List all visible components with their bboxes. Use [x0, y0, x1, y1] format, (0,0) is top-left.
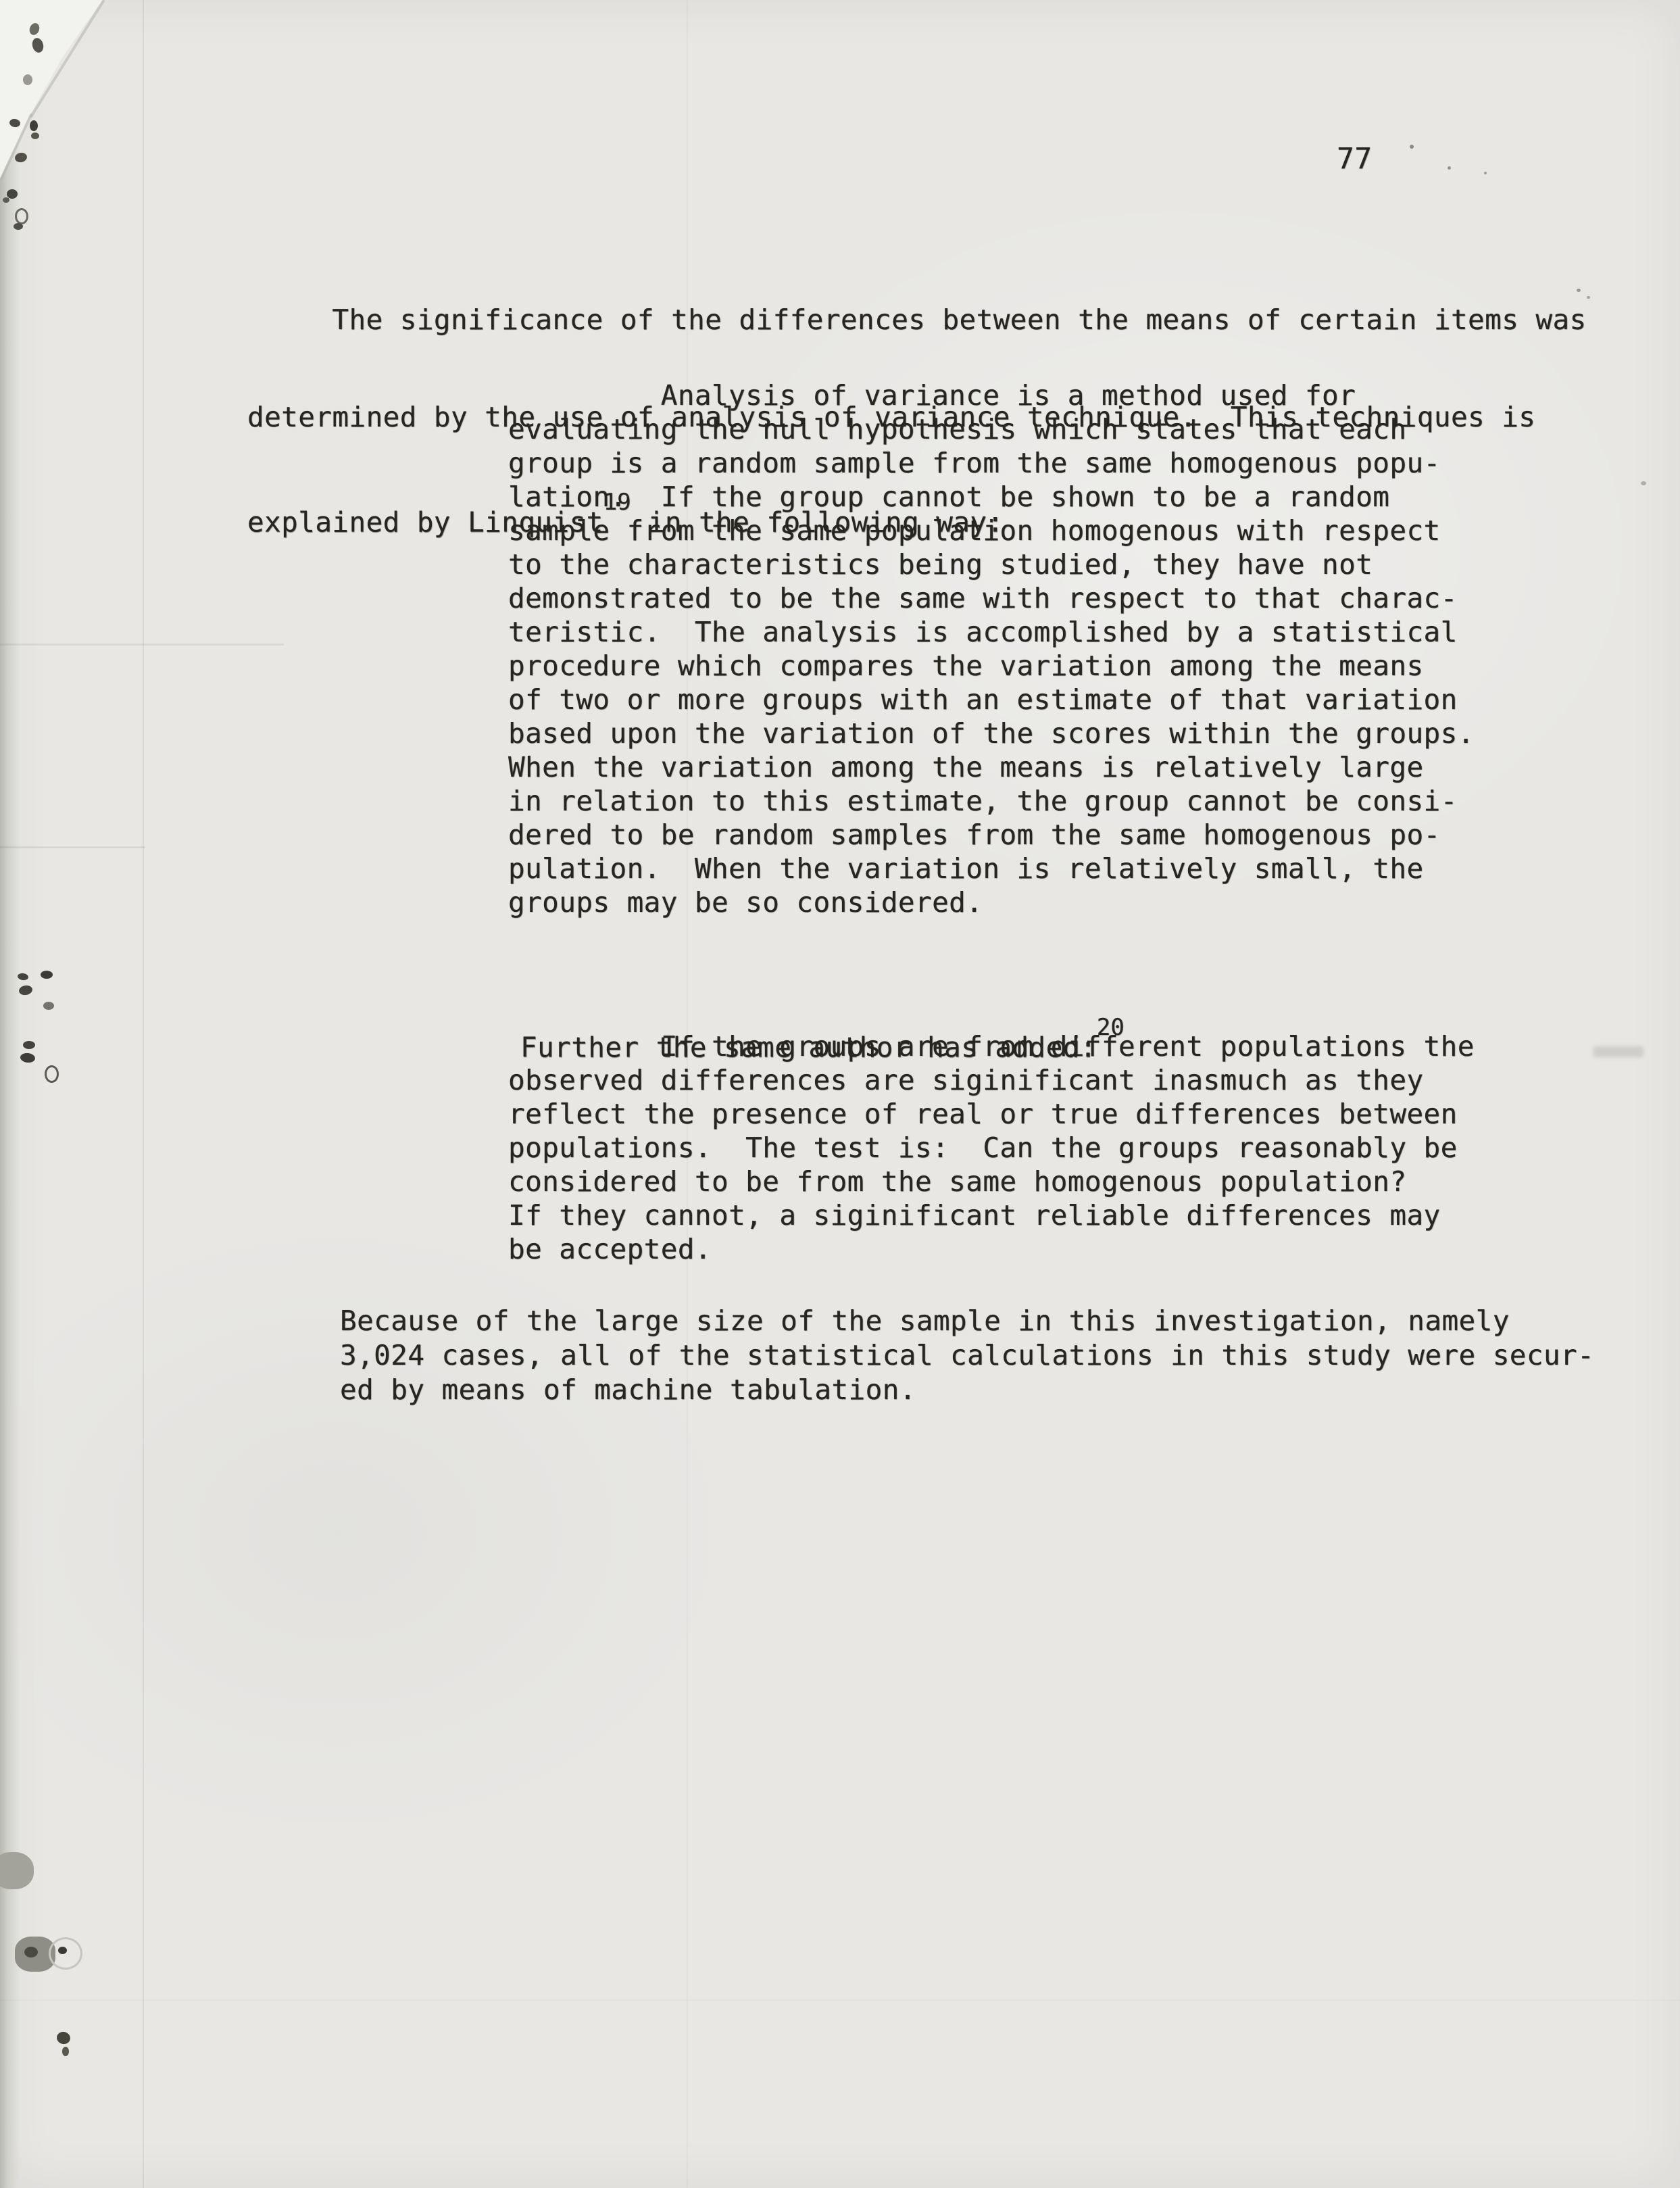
text-line: dered to be random samples from the same…: [508, 818, 1475, 852]
text-line: If the groups are from different populat…: [508, 1029, 1475, 1063]
text-line: demonstrated to be the same with respect…: [508, 581, 1475, 615]
ink-speck: [14, 223, 23, 230]
text-line: teristic. The analysis is accomplished b…: [508, 615, 1475, 649]
ink-speck: [3, 197, 9, 203]
text-line: When the variation among the means is re…: [508, 750, 1475, 784]
ink-ring-mark: [45, 1065, 59, 1083]
block-quote-different-populations: If the groups are from different populat…: [508, 1029, 1475, 1266]
text-line: sample from the same population homogeno…: [508, 514, 1475, 548]
text-line: group is a random sample from the same h…: [508, 446, 1475, 480]
text-line: in relation to this estimate, the group …: [508, 784, 1475, 818]
horizontal-crease: [0, 846, 145, 848]
ink-ring-mark: [15, 208, 28, 224]
dust-dot: [1484, 172, 1487, 174]
text-line: to the characteristics being studied, th…: [508, 548, 1475, 581]
ink-speck: [20, 1052, 35, 1063]
ink-speck: [18, 984, 33, 996]
ink-speck: [58, 1947, 67, 1954]
text-line: Analysis of variance is a method used fo…: [508, 379, 1475, 412]
ink-speck: [41, 971, 53, 979]
text-line: procedure which compares the variation a…: [508, 649, 1475, 683]
text-line: evaluating the null hypothesis which sta…: [508, 412, 1475, 446]
ink-speck: [55, 2031, 72, 2045]
ink-speck: [31, 132, 39, 139]
ink-speck: [23, 74, 32, 85]
text-line: ed by means of machine tabulation.: [340, 1373, 1594, 1407]
faded-text-smudge: [1593, 1046, 1644, 1057]
text-line: lation. If the group cannot be shown to …: [508, 480, 1475, 514]
text-line: of two or more groups with an estimate o…: [508, 683, 1475, 716]
dust-dot: [1448, 166, 1451, 170]
text-line: groups may be so considered.: [508, 885, 1475, 919]
text-line: populations. The test is: Can the groups…: [508, 1131, 1475, 1165]
vertical-crease: [143, 0, 144, 2188]
torn-corner: [0, 0, 135, 203]
ink-speck: [43, 1002, 54, 1010]
text-line: The significance of the differences betw…: [247, 303, 1587, 336]
page-number: 77: [1337, 142, 1373, 176]
text-line: If they cannot, a siginificant reliable …: [508, 1198, 1475, 1232]
scanned-document-page: 77 The significance of the differences b…: [0, 0, 1680, 2188]
ink-speck: [7, 189, 18, 199]
text-line: reflect the presence of real or true dif…: [508, 1097, 1475, 1131]
text-line: be accepted.: [508, 1232, 1475, 1266]
horizontal-crease-faint: [0, 1999, 1680, 2001]
text-line: 3,024 cases, all of the statistical calc…: [340, 1338, 1594, 1373]
ink-speck: [62, 2047, 69, 2056]
dust-dot: [1641, 481, 1646, 485]
text-line: considered to be from the same homogenou…: [508, 1165, 1475, 1198]
block-quote-analysis-of-variance: Analysis of variance is a method used fo…: [508, 379, 1475, 919]
ink-speck: [24, 1947, 38, 1958]
dust-dot: [1410, 145, 1414, 149]
horizontal-crease: [0, 643, 284, 646]
closing-paragraph: Because of the large size of the sample …: [340, 1304, 1594, 1407]
text-line: observed differences are siginificant in…: [508, 1063, 1475, 1097]
text-line: based upon the variation of the scores w…: [508, 716, 1475, 750]
dust-dot: [1587, 296, 1590, 299]
paper-ring-mark: [49, 1937, 82, 1970]
text-line: pulation. When the variation is relative…: [508, 852, 1475, 885]
ink-speck: [30, 120, 38, 131]
paper-tear-mark: [0, 1852, 34, 1889]
ink-speck: [23, 1041, 35, 1049]
text-line: Because of the large size of the sample …: [340, 1304, 1594, 1338]
